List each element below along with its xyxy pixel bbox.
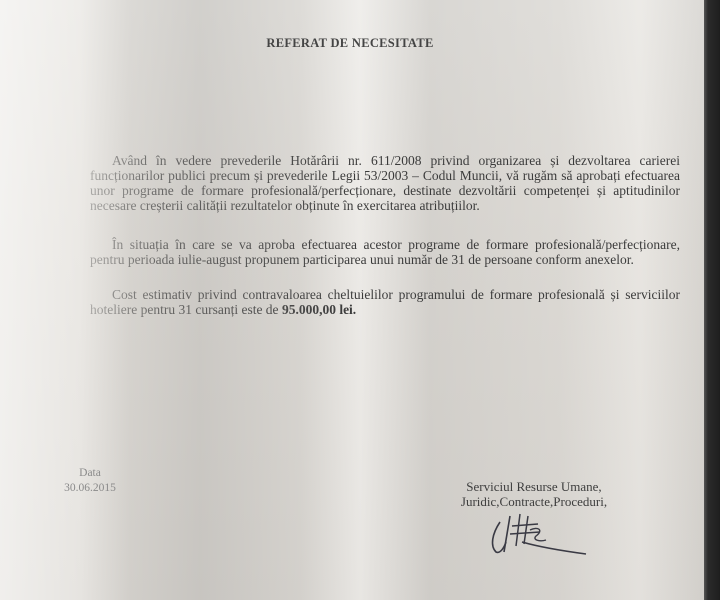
department-line-2: Juridic,Contracte,Proceduri,: [444, 494, 624, 509]
paragraph-cost: Cost estimativ privind contravaloarea ch…: [90, 287, 680, 317]
date-value: 30.06.2015: [50, 481, 130, 496]
paragraph-proposal: În situația în care se va aproba efectua…: [90, 237, 680, 267]
photo-background-edge: [704, 0, 720, 600]
department-line-1: Serviciul Resurse Umane,: [444, 479, 624, 494]
signature-block: Serviciul Resurse Umane, Juridic,Contrac…: [444, 479, 624, 509]
document-page: REFERAT DE NECESITATE Având în vedere pr…: [0, 0, 706, 600]
date-block: Data 30.06.2015: [50, 466, 130, 496]
cost-amount: 95.000,00 lei.: [282, 302, 356, 317]
handwritten-signature-icon: [486, 512, 596, 560]
document-title: REFERAT DE NECESITATE: [0, 36, 700, 51]
cost-text: Cost estimativ privind contravaloarea ch…: [90, 287, 680, 317]
paragraph-justification: Având în vedere prevederile Hotărârii nr…: [90, 153, 680, 213]
date-label: Data: [50, 466, 130, 481]
